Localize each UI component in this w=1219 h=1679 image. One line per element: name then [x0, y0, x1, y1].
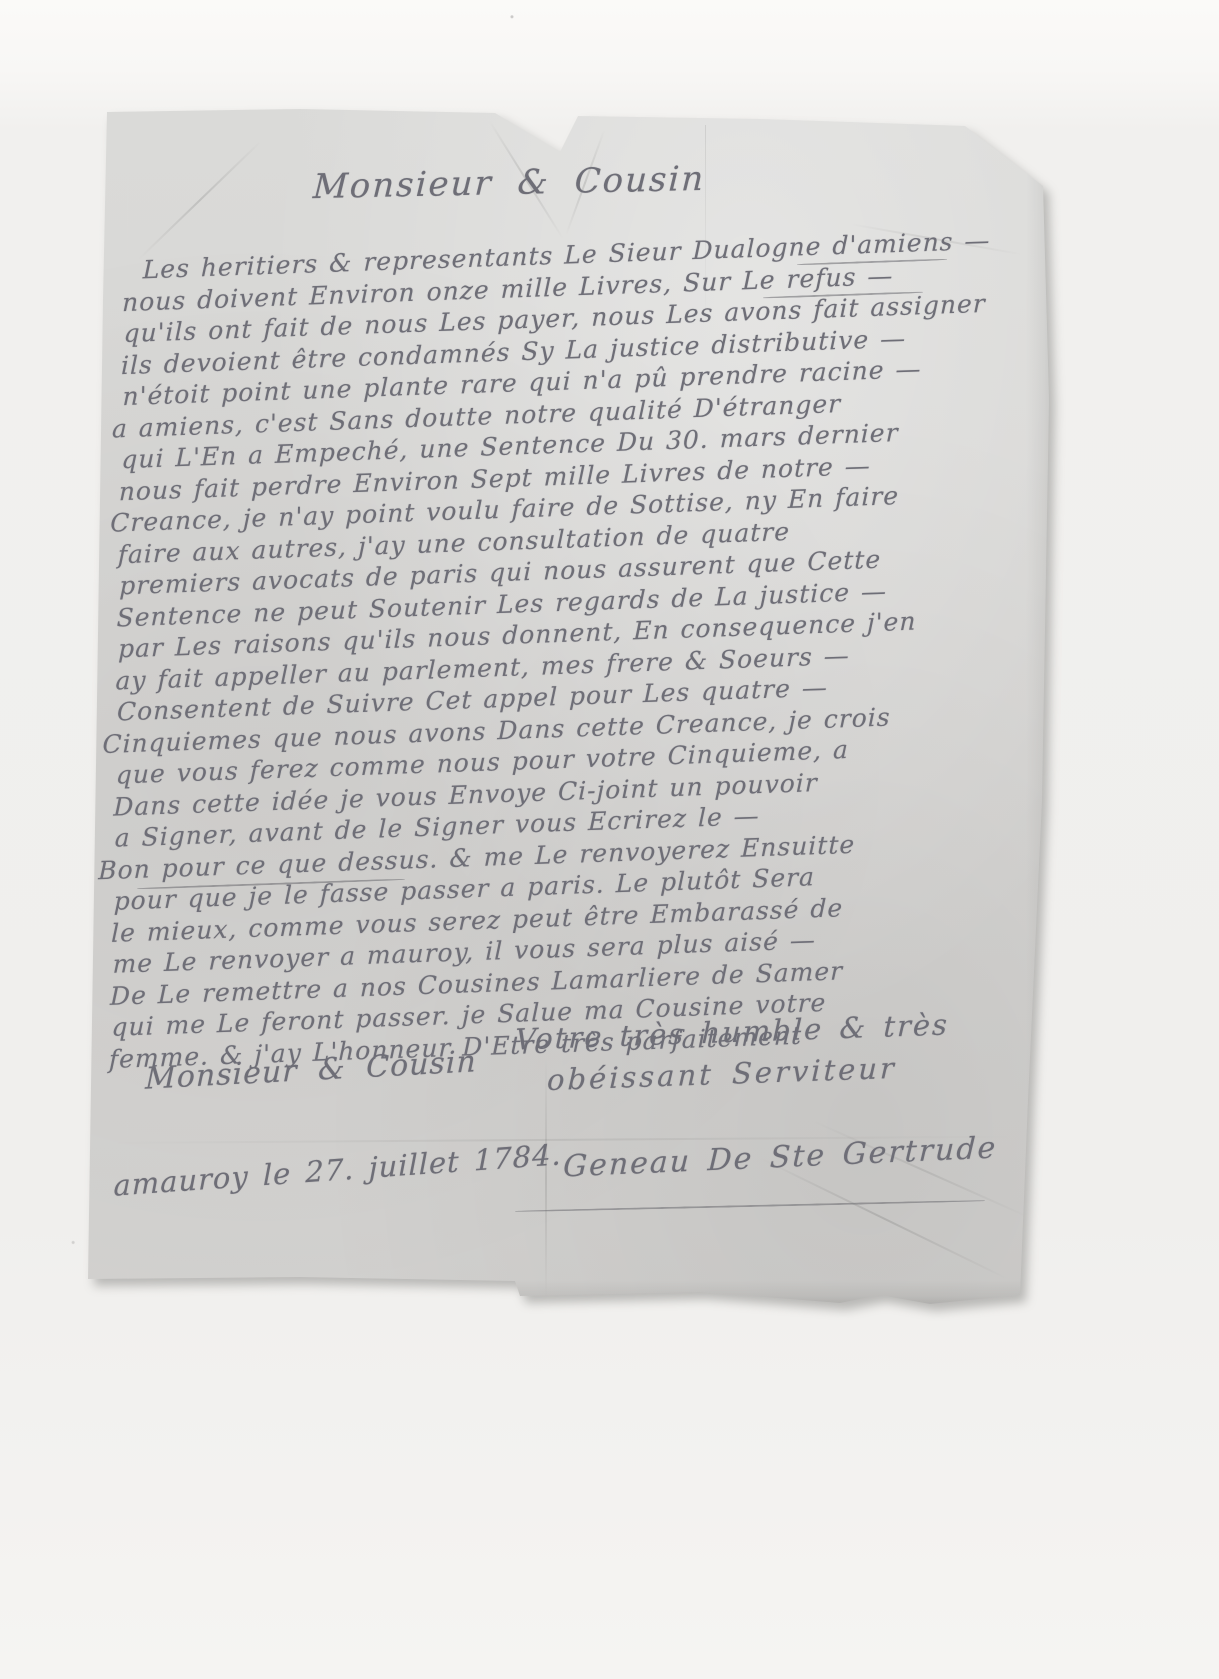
letter-body: Les heritiers & representants Le Sieur D… [109, 225, 983, 1075]
fold-crease [759, 1157, 1010, 1280]
scan-page: { "document_kind": "scanned handwritten … [0, 0, 1219, 1679]
paper-speck [93, 335, 98, 342]
place-and-date: amauroy le 27. juillet 1784. [114, 1137, 562, 1202]
fold-crease [138, 141, 261, 260]
margin-ink-mark: « [74, 1165, 91, 1176]
signature-flourish [515, 1200, 985, 1213]
letter-paper-wrapper: « Monsieur & Cousin Les heritiers & repr… [85, 105, 1060, 1310]
letter-salutation: Monsieur & Cousin [312, 159, 706, 207]
letter-paper: « Monsieur & Cousin Les heritiers & repr… [85, 105, 1060, 1310]
paper-speck [89, 638, 93, 643]
signature: Geneau De Ste Gertrude [562, 1130, 998, 1184]
